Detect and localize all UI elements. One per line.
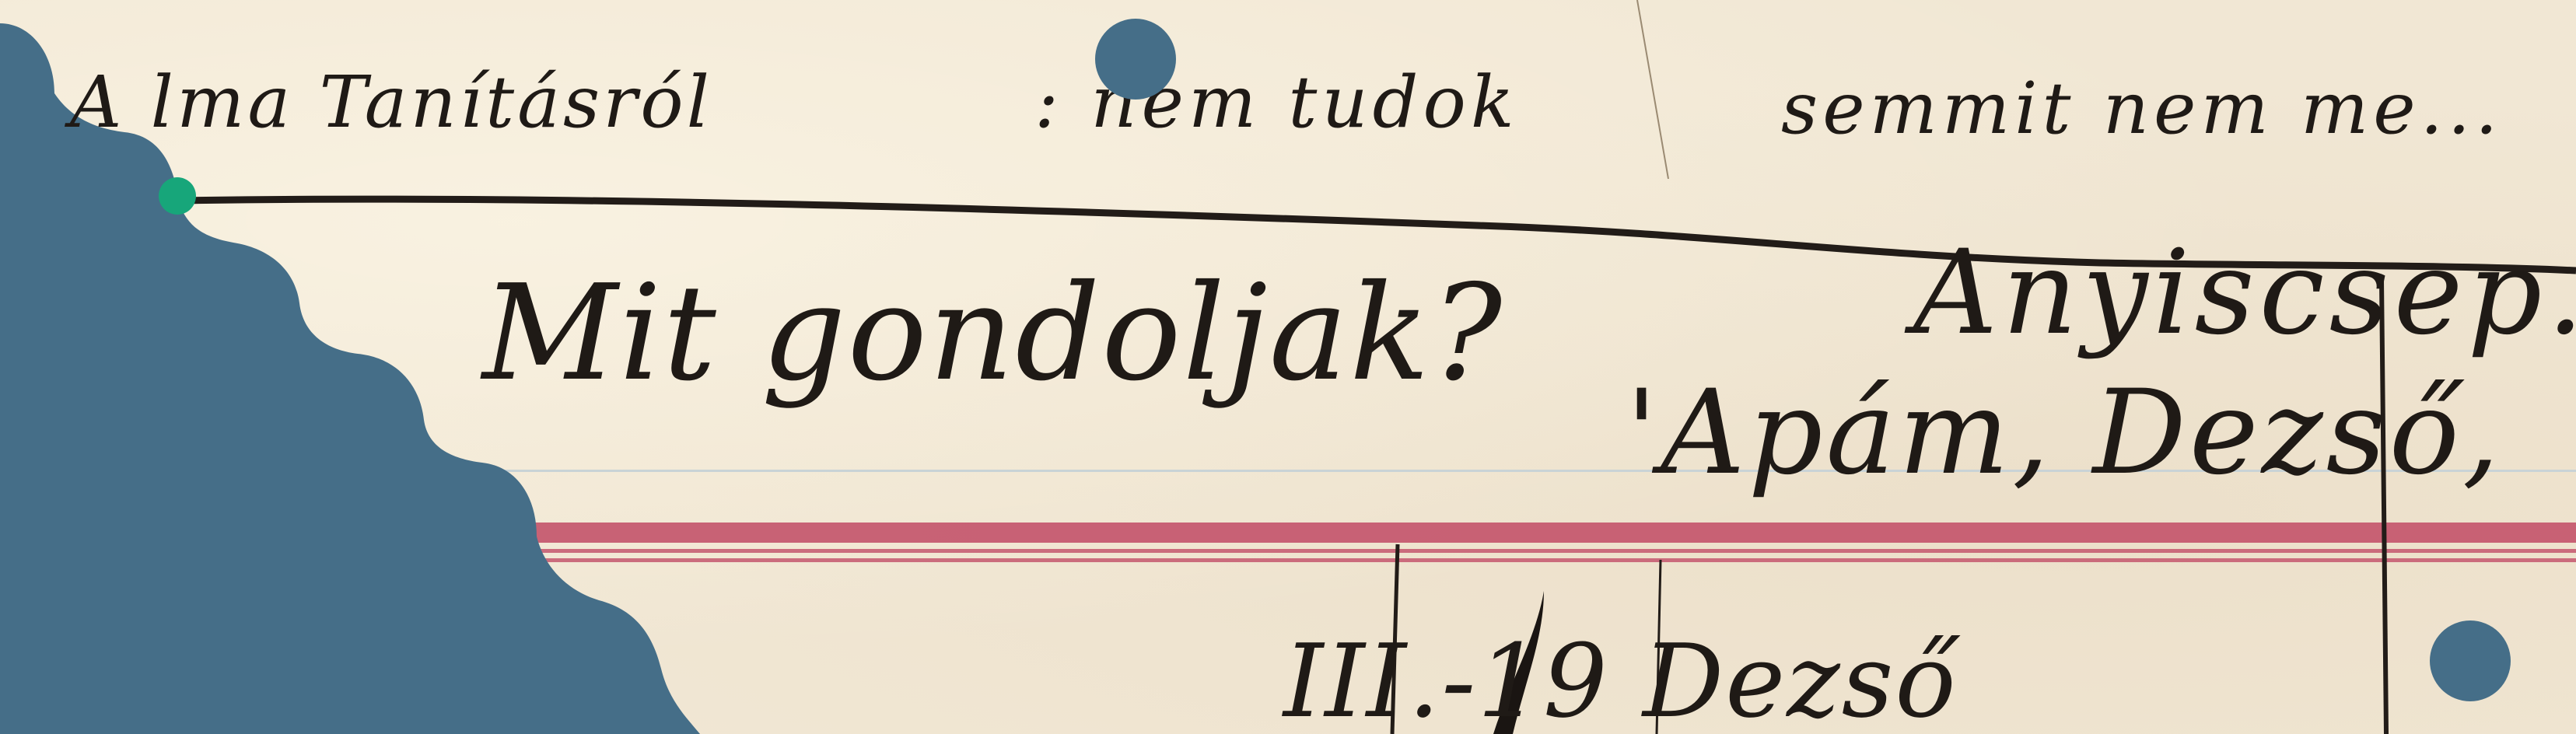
top-circle-shape bbox=[1095, 19, 1176, 100]
bottom-right-circle-shape bbox=[2430, 620, 2511, 701]
handwriting-line-2a: Mit gondoljak? bbox=[482, 257, 1503, 411]
accent-dot bbox=[159, 177, 196, 215]
handwriting-line-3: 'Apám, Dezső, bbox=[1626, 365, 2503, 501]
handwriting-line-1a: A lma Tanításról bbox=[70, 61, 712, 144]
handwriting-line-2b: Anyiscsep... bbox=[1913, 225, 2576, 361]
handwriting-line-1c: semmit nem me... bbox=[1781, 67, 2502, 150]
handwriting-line-4-date: III.-19 Dezső bbox=[1283, 622, 1958, 734]
handwriting-layer: A lma Tanításról : nem tudok semmit nem … bbox=[0, 0, 2576, 734]
